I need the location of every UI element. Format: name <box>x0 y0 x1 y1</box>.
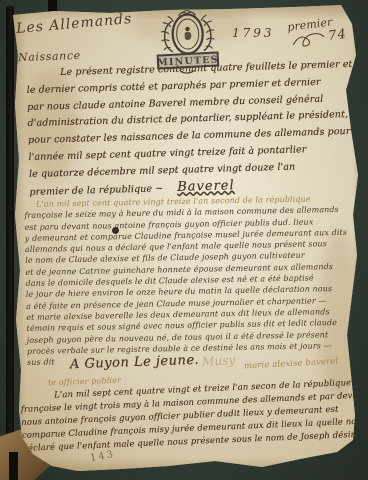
paper-edge-shading-bottom <box>0 458 368 480</box>
folio-number: 74 <box>327 27 347 44</box>
binding-bottom-mark <box>9 452 18 480</box>
signature-guyon: A Guyon Le jeune. <box>70 353 200 373</box>
act-birth-joseph: L'an mil sept cent quatre vingt et treiz… <box>20 377 368 456</box>
binding-top-mark <box>48 0 57 12</box>
pen-flourish <box>290 29 326 49</box>
manuscript-paper-sheet: Les Allemands 1793 premier 74 Naissance <box>0 0 368 480</box>
faint-officier-note: te officier publier <box>48 376 121 388</box>
archive-scan-page: Les Allemands 1793 premier 74 Naissance <box>0 0 368 480</box>
header-section-naissance: Naissance <box>18 49 81 64</box>
signature-musy-faint: Musy <box>202 353 236 369</box>
stamp-figure-head <box>185 27 190 32</box>
act-birth-claude-alexis: L'an mil sept cent quatre vingt treize l… <box>24 193 365 369</box>
header-place-name: Les Allemands <box>16 11 133 37</box>
book-binding-edge <box>6 6 14 468</box>
stamp-figure-body <box>185 32 192 40</box>
signature-baverel: Baverel <box>177 178 235 195</box>
header-year: 1793 <box>232 26 275 40</box>
header-folio: premier 74 <box>287 11 368 50</box>
act-register-opening: Le présent registre contenant quatre feu… <box>26 57 362 202</box>
manuscript-line: premier de la république ~ <box>29 183 163 198</box>
